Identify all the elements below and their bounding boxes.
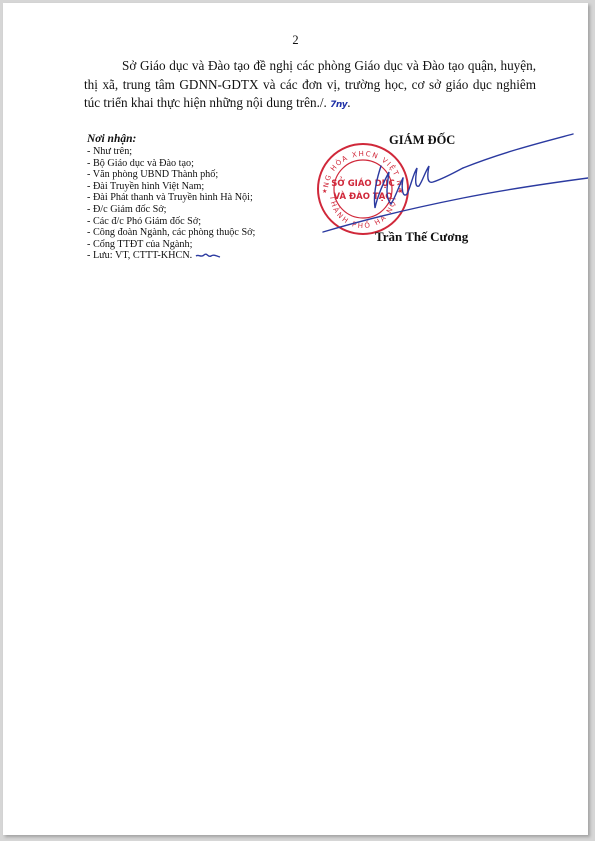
page-number: 2 [3, 33, 588, 48]
recipients-block: Nơi nhận: - Như trên; - Bộ Giáo dục và Đ… [87, 133, 317, 262]
recipient-item: - Bộ Giáo dục và Đào tạo; [87, 158, 317, 170]
recipient-item: - Đài Phát thanh và Truyền hình Hà Nội; [87, 192, 317, 204]
document-page: 2 Sở Giáo dục và Đào tạo đề nghị các phò… [3, 3, 588, 835]
signature-block: CỘNG HÒA XHCN VIỆT NAM THÀNH PHỐ HÀ NỘI … [303, 128, 588, 258]
recipient-item: - Các đ/c Phó Giám đốc Sở; [87, 216, 317, 228]
signer-name: Trần Thế Cương [375, 229, 468, 245]
body-paragraph: Sở Giáo dục và Đào tạo đề nghị các phòng… [84, 57, 536, 115]
recipient-item: - Cổng TTĐT của Ngành; [87, 239, 317, 251]
recipient-item: - Công đoàn Ngành, các phòng thuộc Sở; [87, 227, 317, 239]
trailing-period: . [347, 95, 350, 110]
body-paragraph-text: Sở Giáo dục và Đào tạo đề nghị các phòng… [84, 58, 536, 110]
recipient-item: - Đài Truyền hình Việt Nam; [87, 181, 317, 193]
recipients-title: Nơi nhận: [87, 133, 317, 146]
recipient-item: - Văn phòng UBND Thành phố; [87, 169, 317, 181]
handwritten-initial: 7ny [330, 100, 347, 110]
recipient-item: - Lưu: VT, CTTT-KHCN. [87, 250, 317, 262]
recipient-item: - Đ/c Giám đốc Sở; [87, 204, 317, 216]
recipient-item: - Như trên; [87, 146, 317, 158]
initial-scribble-icon [195, 253, 221, 259]
recipient-item-text: - Lưu: VT, CTTT-KHCN. [87, 250, 192, 261]
recipients-list: - Như trên; - Bộ Giáo dục và Đào tạo; - … [87, 146, 317, 262]
